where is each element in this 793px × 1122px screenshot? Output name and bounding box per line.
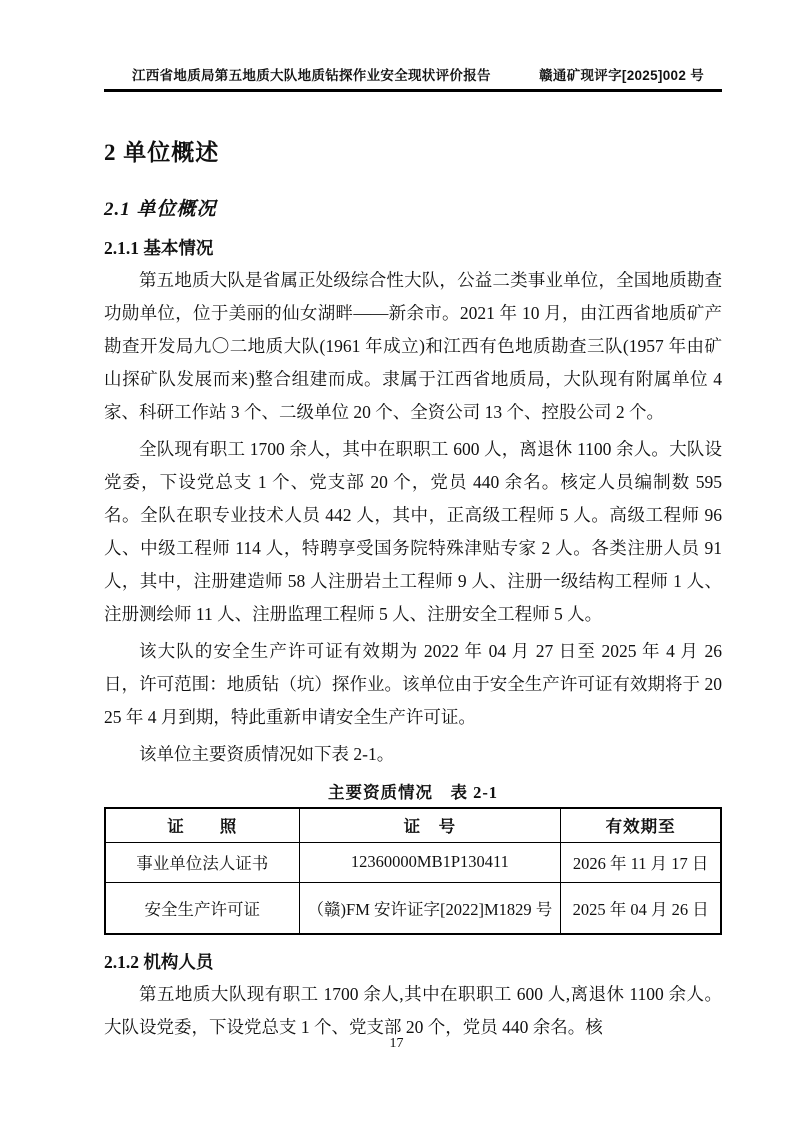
paragraph-unit-overview: 第五地质大队是省属正处级综合性大队，公益二类事业单位，全国地质勘查功勋单位，位于… bbox=[104, 264, 722, 429]
column-header-number: 证 号 bbox=[299, 808, 561, 842]
section-heading: 2.1 单位概况 bbox=[104, 194, 722, 221]
credentials-table: 证 照 证 号 有效期至 事业单位法人证书 12360000MB1P130411… bbox=[104, 807, 722, 935]
paragraph-license-validity: 该大队的安全生产许可证有效期为 2022 年 04 月 27 日至 2025 年… bbox=[104, 635, 722, 734]
cell-license-number: 12360000MB1P130411 bbox=[299, 842, 561, 882]
cell-license-number: （赣)FM 安许证字[2022]M1829 号 bbox=[299, 882, 561, 934]
paragraph-personnel: 第五地质大队现有职工 1700 余人,其中在职职工 600 人,离退休 1100… bbox=[104, 978, 722, 1044]
table-caption: 主要资质情况 表 2-1 bbox=[104, 779, 722, 803]
header-report-title: 江西省地质局第五地质大队地质钻探作业安全现状评价报告 bbox=[104, 64, 491, 84]
page-content: 2 单位概述 2.1 单位概况 2.1.1 基本情况 第五地质大队是省属正处级综… bbox=[104, 118, 722, 1044]
cell-license-name: 事业单位法人证书 bbox=[105, 842, 299, 882]
header-document-number: 赣通矿现评字[2025]002 号 bbox=[539, 64, 722, 84]
cell-license-expiry: 2025 年 04 月 26 日 bbox=[561, 882, 721, 934]
table-row: 事业单位法人证书 12360000MB1P130411 2026 年 11 月 … bbox=[105, 842, 721, 882]
table-row: 安全生产许可证 （赣)FM 安许证字[2022]M1829 号 2025 年 0… bbox=[105, 882, 721, 934]
column-header-expiry: 有效期至 bbox=[561, 808, 721, 842]
document-page: 江西省地质局第五地质大队地质钻探作业安全现状评价报告 赣通矿现评字[2025]0… bbox=[0, 0, 793, 1122]
subsection-heading-basic-info: 2.1.1 基本情况 bbox=[104, 235, 722, 260]
column-header-license: 证 照 bbox=[105, 808, 299, 842]
chapter-heading: 2 单位概述 bbox=[104, 134, 722, 167]
paragraph-table-intro: 该单位主要资质情况如下表 2-1。 bbox=[104, 738, 722, 771]
paragraph-staffing: 全队现有职工 1700 余人，其中在职职工 600 人，离退休 1100 余人。… bbox=[104, 433, 722, 631]
table-header-row: 证 照 证 号 有效期至 bbox=[105, 808, 721, 842]
page-number: 17 bbox=[0, 1036, 793, 1052]
page-header: 江西省地质局第五地质大队地质钻探作业安全现状评价报告 赣通矿现评字[2025]0… bbox=[104, 64, 722, 92]
subsection-heading-personnel: 2.1.2 机构人员 bbox=[104, 949, 722, 974]
cell-license-expiry: 2026 年 11 月 17 日 bbox=[561, 842, 721, 882]
cell-license-name: 安全生产许可证 bbox=[105, 882, 299, 934]
